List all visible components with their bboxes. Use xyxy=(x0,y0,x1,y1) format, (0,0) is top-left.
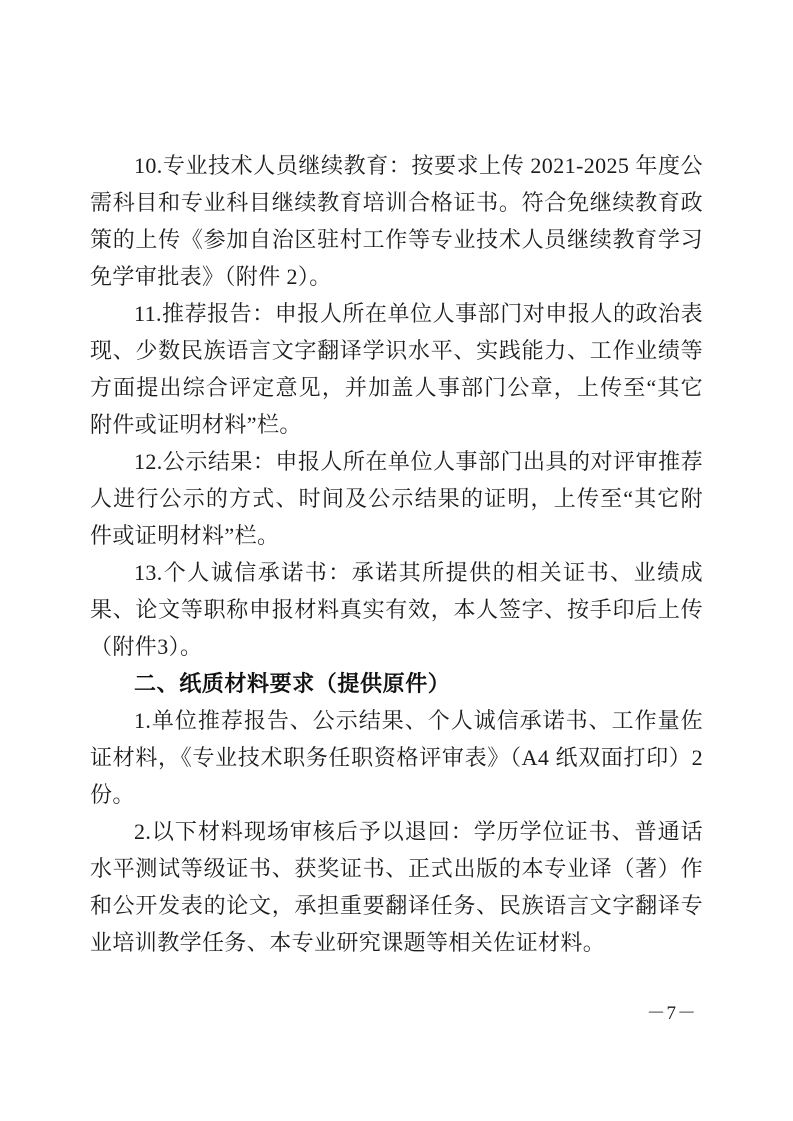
document-content: 10.专业技术人员继续教育：按要求上传 2021-2025 年度公需科目和专业科… xyxy=(90,147,703,961)
document-page: 10.专业技术人员继续教育：按要求上传 2021-2025 年度公需科目和专业科… xyxy=(0,0,793,1121)
section-heading: 二、纸质材料要求（提供原件） xyxy=(90,665,703,702)
body-paragraph: 13.个人诚信承诺书：承诺其所提供的相关证书、业绩成果、论文等职称申报材料真实有… xyxy=(90,554,703,665)
body-paragraph: 11.推荐报告：申报人所在单位人事部门对申报人的政治表现、少数民族语言文字翻译学… xyxy=(90,295,703,443)
body-paragraph: 2.以下材料现场审核后予以退回：学历学位证书、普通话水平测试等级证书、获奖证书、… xyxy=(90,813,703,961)
body-paragraph: 10.专业技术人员继续教育：按要求上传 2021-2025 年度公需科目和专业科… xyxy=(90,147,703,295)
body-paragraph: 1.单位推荐报告、公示结果、个人诚信承诺书、工作量佐证材料，《专业技术职务任职资… xyxy=(90,702,703,813)
page-number: －7－ xyxy=(646,998,697,1025)
body-paragraph: 12.公示结果：申报人所在单位人事部门出具的对评审推荐人进行公示的方式、时间及公… xyxy=(90,443,703,554)
